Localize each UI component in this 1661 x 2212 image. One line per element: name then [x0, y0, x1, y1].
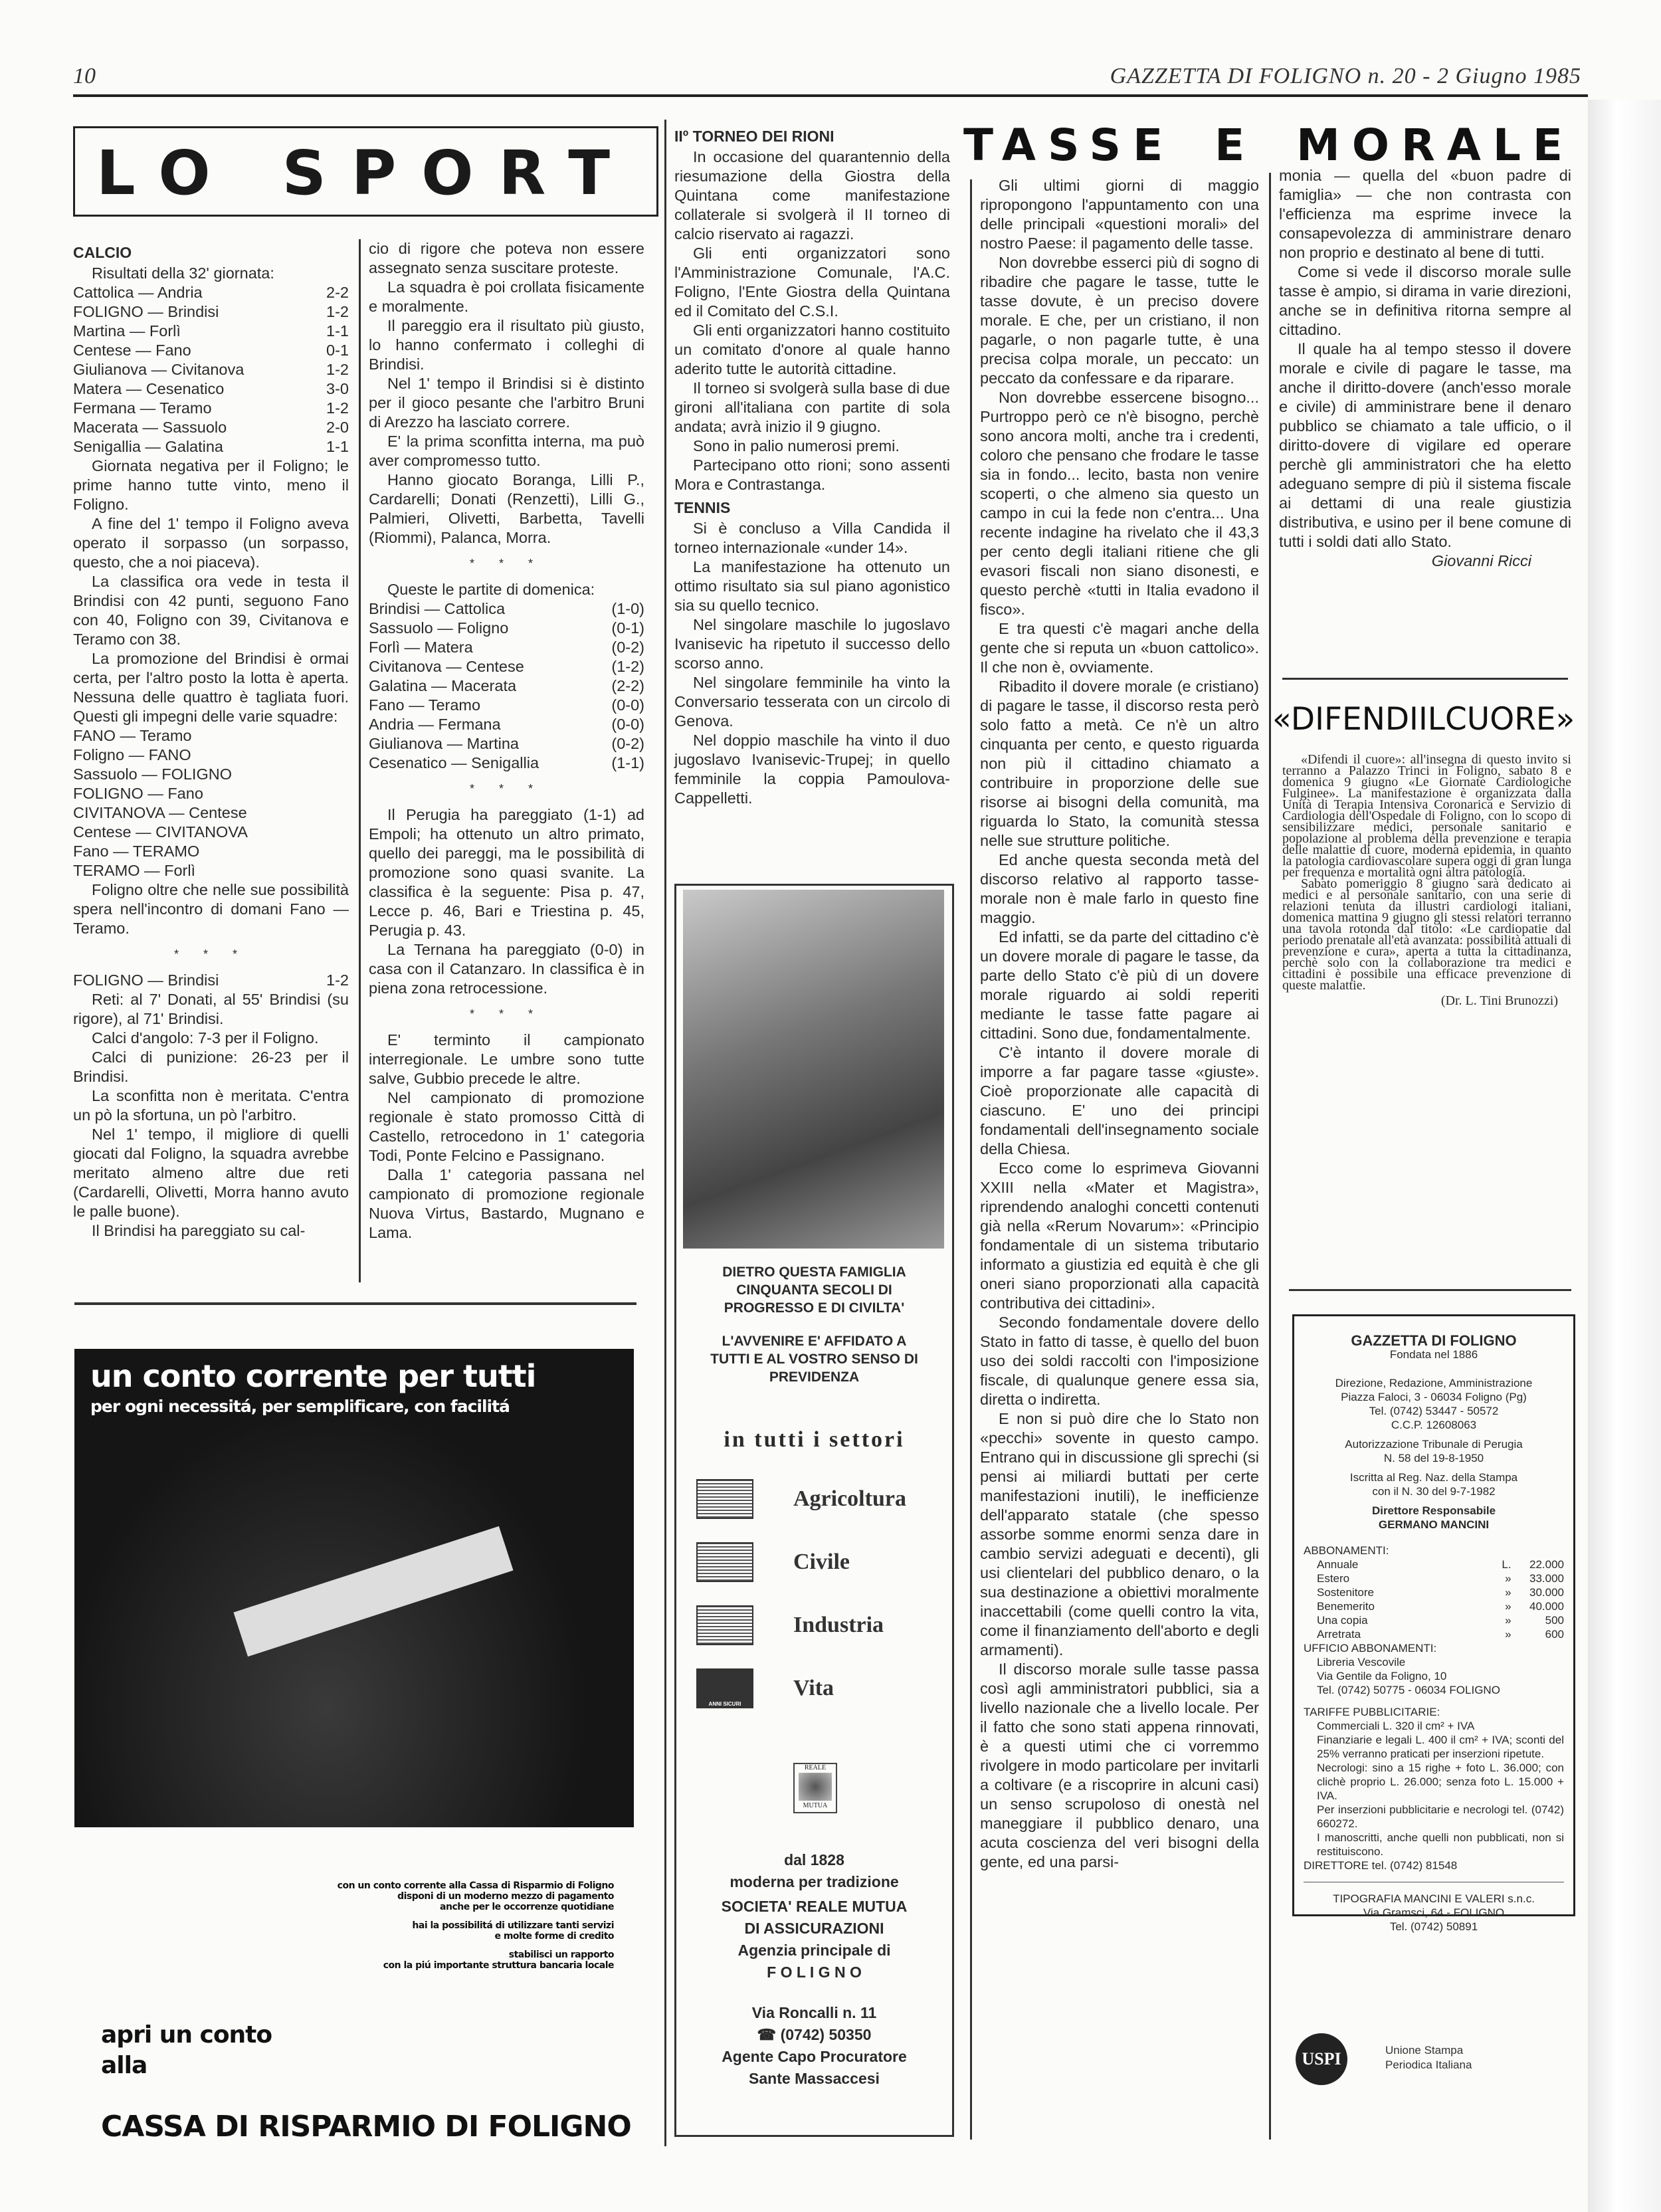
- section-separator: * * *: [369, 779, 644, 799]
- sector-industria: Industria: [696, 1593, 952, 1657]
- cuore-article: «Difendi il cuore»: all'insegna di quest…: [1282, 754, 1571, 1007]
- article-paragraph: La manifestazione ha ottenuto un ottimo …: [674, 557, 950, 615]
- ad-headline: un conto corrente per tutti: [90, 1358, 536, 1394]
- article-paragraph: Foligno oltre che nelle sue possibilità …: [73, 880, 349, 938]
- calcio-intro: Risultati della 32' giornata:: [73, 264, 349, 283]
- article-paragraph: Reti: al 7' Donati, al 55' Brindisi (su …: [73, 990, 349, 1029]
- result-row: Giulianova — Civitanova1-2: [73, 360, 349, 379]
- match-report-title: FOLIGNO — Brindisi1-2: [73, 971, 349, 990]
- sunday-matches: Brindisi — Cattolica(1-0) Sassuolo — Fol…: [369, 599, 644, 773]
- fixture-row: Foligno — FANO: [73, 746, 349, 765]
- article-paragraph: Gli enti organizzatori sono l'Amministra…: [674, 244, 950, 321]
- cheque-illustration: [233, 1526, 513, 1657]
- subscription-row: Estero» 33.000: [1304, 1571, 1564, 1585]
- fixture-row: FOLIGNO — Fano: [73, 784, 349, 803]
- publication-line: GAZZETTA DI FOLIGNO n. 20 - 2 Giugno 198…: [1110, 64, 1581, 89]
- cassa-risparmio-advertisement: un conto corrente per tutti per ogni nec…: [74, 1349, 634, 2143]
- article-paragraph: La Ternana ha pareggiato (0-0) in casa c…: [369, 940, 644, 998]
- article-paragraph: Il torneo si svolgerà sulla base di due …: [674, 379, 950, 437]
- subscription-row: Arretrata» 600: [1304, 1627, 1564, 1641]
- result-row: Senigallia — Galatina1-1: [73, 437, 349, 456]
- uspi-caption: Unione StampaPeriodica Italiana: [1385, 2043, 1472, 2072]
- telephone-icon: ☎: [757, 2026, 781, 2043]
- article-paragraph: Calci di punizione: 26-23 per il Brindis…: [73, 1048, 349, 1086]
- sectors-list: Agricoltura Civile Industria ANNI SICURI…: [676, 1467, 952, 1720]
- article-paragraph: cio di rigore che poteva non essere asse…: [369, 239, 644, 278]
- article-paragraph: Nel singolare maschile lo jugoslavo Ivan…: [674, 615, 950, 673]
- section-separator: * * *: [73, 945, 349, 964]
- section-rule: [74, 1302, 636, 1305]
- article-paragraph: Calci d'angolo: 7-3 per il Foligno.: [73, 1029, 349, 1048]
- subscriptions-heading: ABBONAMENTI:: [1304, 1544, 1564, 1558]
- article-paragraph: Secondo fondamentale dovere dello Stato …: [980, 1313, 1259, 1409]
- article-paragraph: Nel campionato di promozione regionale è…: [369, 1088, 644, 1165]
- match-row: Giulianova — Martina(0-2): [369, 734, 644, 754]
- office-address: Libreria VescovileVia Gentile da Foligno…: [1304, 1655, 1564, 1697]
- article-paragraph: C'è intanto il dovere morale di imporre …: [980, 1043, 1259, 1159]
- article-paragraph: Sono in palio numerosi premi.: [674, 437, 950, 456]
- column-divider: [1269, 173, 1271, 2140]
- article-paragraph: Ed anche questa seconda metà del discors…: [980, 851, 1259, 928]
- article-paragraph: «Difendi il cuore»: all'insegna di quest…: [1282, 754, 1571, 878]
- article-paragraph: La squadra è poi crollata fisicamente e …: [369, 278, 644, 316]
- article-paragraph: E tra questi c'è magari anche della gent…: [980, 619, 1259, 677]
- anni-sicuri-icon: ANNI SICURI: [696, 1668, 753, 1708]
- article-paragraph: Il discorso morale sulle tasse passa cos…: [980, 1660, 1259, 1872]
- result-row: Macerata — Sassuolo2-0: [73, 418, 349, 437]
- subscriptions-table: AnnualeL. 22.000 Estero» 33.000 Sostenit…: [1304, 1558, 1564, 1641]
- coat-of-arms-icon: [799, 1773, 832, 1801]
- article-paragraph: Il pareggio era il risultato più giusto,…: [369, 316, 644, 374]
- divider: [1304, 1882, 1564, 1882]
- fixture-row: FANO — Teramo: [73, 726, 349, 746]
- director-name: GERMANO MANCINI: [1304, 1518, 1564, 1532]
- running-header: 10 GAZZETTA DI FOLIGNO n. 20 - 2 Giugno …: [73, 64, 1581, 97]
- article-paragraph: Il quale ha al tempo stesso il dovere mo…: [1279, 340, 1571, 552]
- match-row: Fano — Teramo(0-0): [369, 696, 644, 715]
- article-paragraph: La classifica ora vede in testa il Brind…: [73, 572, 349, 649]
- newspaper-page: 10 GAZZETTA DI FOLIGNO n. 20 - 2 Giugno …: [0, 0, 1661, 2212]
- article-paragraph: Nel 1' tempo il Brindisi si è distinto p…: [369, 374, 644, 432]
- subscription-row: Sostenitore» 30.000: [1304, 1585, 1564, 1599]
- article-paragraph: Nel doppio maschile ha vinto il duo jugo…: [674, 731, 950, 808]
- result-row: FOLIGNO — Brindisi1-2: [73, 302, 349, 322]
- article-paragraph: La promozione del Brindisi è ormai certa…: [73, 649, 349, 726]
- ad-call-to-action: apri un contoalla: [101, 2020, 272, 2081]
- masthead-line: con il N. 30 del 9-7-1982: [1304, 1484, 1564, 1498]
- article-paragraph: Hanno giocato Boranga, Lilli P., Cardare…: [369, 470, 644, 548]
- article-paragraph: monia — quella del «buon padre di famigl…: [1279, 166, 1571, 262]
- sport-column-1: CALCIO Risultati della 32' giornata: Cat…: [73, 239, 349, 1241]
- phone-line: ☎ (0742) 50350: [676, 2024, 952, 2046]
- article-paragraph: Il Perugia ha pareggiato (1-1) ad Empoli…: [369, 805, 644, 940]
- ad-company-block: dal 1828 moderna per tradizione SOCIETA'…: [676, 1849, 952, 2090]
- sport-banner: LO SPORT: [73, 126, 658, 217]
- tree-icon: [696, 1479, 753, 1519]
- masthead-line: Autorizzazione Tribunale di Perugia: [1304, 1437, 1564, 1451]
- result-row: Martina — Forlì1-1: [73, 322, 349, 341]
- subscription-row: Benemerito» 40.000: [1304, 1599, 1564, 1613]
- page-binding-shadow: [1588, 100, 1661, 2212]
- masthead-box: GAZZETTA DI FOLIGNO Fondata nel 1886 Dir…: [1292, 1314, 1575, 1916]
- article-paragraph: Il Brindisi ha pareggiato su cal-: [73, 1221, 349, 1241]
- article-paragraph: Dalla 1' categoria passana nel campionat…: [369, 1165, 644, 1243]
- sector-civile: Civile: [696, 1530, 952, 1593]
- section-separator: * * *: [369, 1005, 644, 1024]
- article-paragraph: Nel 1' tempo, il migliore di quelli gioc…: [73, 1125, 349, 1221]
- reale-mutua-advertisement: DIETRO QUESTA FAMIGLIA CINQUANTA SECOLI …: [674, 884, 954, 2137]
- column-divider: [970, 179, 972, 2140]
- article-paragraph: Ecco come lo esprimeva Giovanni XXIII ne…: [980, 1159, 1259, 1313]
- article-paragraph: Non dovrebbe essercene bisogno... Purtro…: [980, 388, 1259, 619]
- masthead-line: C.C.P. 12608063: [1304, 1418, 1564, 1432]
- gear-icon: [696, 1605, 753, 1645]
- article-paragraph: Ed infatti, se da parte del cittadino c'…: [980, 928, 1259, 1043]
- section-separator: * * *: [369, 554, 644, 573]
- article-paragraph: In occasione del quarantennio della ries…: [674, 148, 950, 244]
- subscription-row: Una copia» 500: [1304, 1613, 1564, 1627]
- masthead-name: GAZZETTA DI FOLIGNO: [1304, 1334, 1564, 1348]
- article-paragraph: Giornata negativa per il Foligno; le pri…: [73, 456, 349, 514]
- rates-heading: TARIFFE PUBBLICITARIE:: [1304, 1705, 1564, 1719]
- article-paragraph: Queste le partite di domenica:: [369, 580, 644, 599]
- sectors-title: in tutti i settori: [676, 1427, 952, 1453]
- article-paragraph: Come si vede il discorso morale sulle ta…: [1279, 262, 1571, 340]
- match-row: Sassuolo — Foligno(0-1): [369, 619, 644, 638]
- printer-line: Via Gramsci, 64 - FOLIGNO: [1304, 1906, 1564, 1920]
- match-row: Galatina — Macerata(2-2): [369, 676, 644, 696]
- fixture-row: TERAMO — Forlì: [73, 861, 349, 880]
- match-row: Andria — Fermana(0-0): [369, 715, 644, 734]
- article-author: (Dr. L. Tini Brunozzi): [1282, 995, 1571, 1007]
- result-row: Centese — Fano0-1: [73, 341, 349, 360]
- match-row: Cesenatico — Senigallia(1-1): [369, 754, 644, 773]
- article-paragraph: Nel singolare femminile ha vinto la Conv…: [674, 673, 950, 731]
- fixtures-list: FANO — Teramo Foligno — FANO Sassuolo — …: [73, 726, 349, 880]
- cuore-title: «DIFENDIILCUORE»: [1272, 701, 1571, 738]
- article-paragraph: A fine del 1' tempo il Foligno aveva ope…: [73, 514, 349, 572]
- rioni-heading: IIº TORNEO DEI RIONI: [674, 127, 950, 146]
- article-paragraph: E non si può dire che lo Stato non «pecc…: [980, 1409, 1259, 1660]
- result-row: Fermana — Teramo1-2: [73, 399, 349, 418]
- printer-line: Tel. (0742) 50891: [1304, 1920, 1564, 1934]
- article-paragraph: Sabato pomeriggio 8 giugno sarà dedicato…: [1282, 878, 1571, 991]
- article-paragraph: La sconfitta non è meritata. C'entra un …: [73, 1086, 349, 1125]
- article-paragraph: Partecipano otto rioni; sono assenti Mor…: [674, 456, 950, 494]
- tasse-column-2: monia — quella del «buon padre di famigl…: [1279, 166, 1571, 571]
- column-divider: [664, 120, 666, 2146]
- printer-line: TIPOGRAFIA MANCINI E VALERI s.n.c.: [1304, 1892, 1564, 1906]
- masthead-line: Direzione, Redazione, Amministrazione: [1304, 1376, 1564, 1390]
- rioni-tennis-column: IIº TORNEO DEI RIONI In occasione del qu…: [674, 123, 950, 808]
- family-house-icon: [696, 1542, 753, 1582]
- ad-body-text: con un conto corrente alla Cassa di Risp…: [338, 1880, 614, 1979]
- section-rule: [1289, 1289, 1571, 1291]
- reale-mutua-logo: REALE MUTUA: [793, 1763, 837, 1813]
- sport-banner-title: LO SPORT: [75, 138, 656, 209]
- subscription-row: AnnualeL. 22.000: [1304, 1558, 1564, 1571]
- editorial-title: TASSEEMORALE: [963, 120, 1575, 171]
- match-row: Forlì — Matera(0-2): [369, 638, 644, 657]
- masthead-line: Piazza Faloci, 3 - 06034 Foligno (Pg): [1304, 1390, 1564, 1404]
- ad-subheadline: per ogni necessitá, per semplificare, co…: [90, 1397, 510, 1416]
- column-divider: [359, 239, 361, 1282]
- ad-slogan-1: DIETRO QUESTA FAMIGLIA CINQUANTA SECOLI …: [690, 1263, 939, 1317]
- results-list: Cattolica — Andria2-2 FOLIGNO — Brindisi…: [73, 283, 349, 456]
- article-paragraph: Gli enti organizzatori hanno costituito …: [674, 321, 950, 379]
- rates-text: Commerciali L. 320 il cm² + IVAFinanziar…: [1304, 1719, 1564, 1859]
- sport-column-2: cio di rigore che poteva non essere asse…: [369, 239, 644, 1243]
- masthead-founded: Fondata nel 1886: [1304, 1348, 1564, 1361]
- article-author: Giovanni Ricci: [1279, 552, 1571, 571]
- calcio-heading: CALCIO: [73, 243, 349, 262]
- tennis-heading: TENNIS: [674, 498, 950, 518]
- director-phone: DIRETTORE tel. (0742) 81548: [1304, 1859, 1564, 1872]
- page-number: 10: [73, 64, 96, 89]
- tasse-column-1: Gli ultimi giorni di maggio ripropongono…: [980, 176, 1259, 1872]
- office-heading: UFFICIO ABBONAMENTI:: [1304, 1641, 1564, 1655]
- section-rule: [1282, 678, 1568, 680]
- article-paragraph: Gli ultimi giorni di maggio ripropongono…: [980, 176, 1259, 253]
- sector-agricoltura: Agricoltura: [696, 1467, 952, 1530]
- result-row: Matera — Cesenatico3-0: [73, 379, 349, 399]
- family-photo: [683, 890, 944, 1249]
- fixture-row: Sassuolo — FOLIGNO: [73, 765, 349, 784]
- masthead-line: N. 58 del 19-8-1950: [1304, 1451, 1564, 1465]
- masthead-line: Iscritta al Reg. Naz. della Stampa: [1304, 1470, 1564, 1484]
- article-paragraph: E' terminto il campionato interregionale…: [369, 1031, 644, 1088]
- result-row: Cattolica — Andria2-2: [73, 283, 349, 302]
- fixture-row: Centese — CIVITANOVA: [73, 823, 349, 842]
- director-title: Direttore Responsabile: [1304, 1504, 1564, 1518]
- uspi-logo: USPI: [1296, 2033, 1347, 2085]
- match-row: Civitanova — Centese(1-2): [369, 657, 644, 676]
- ad-brand-name: CASSA DI RISPARMIO DI FOLIGNO: [101, 2110, 631, 2144]
- ad-photo-hand-pen: un conto corrente per tutti per ogni nec…: [74, 1349, 634, 1827]
- masthead-line: Tel. (0742) 53447 - 50572: [1304, 1404, 1564, 1418]
- article-paragraph: Si è concluso a Villa Candida il torneo …: [674, 519, 950, 557]
- article-paragraph: E' la prima sconfitta interna, ma può av…: [369, 432, 644, 470]
- sector-vita: ANNI SICURIVita: [696, 1657, 952, 1720]
- fixture-row: Fano — TERAMO: [73, 842, 349, 861]
- header-rule: [73, 94, 1588, 97]
- article-paragraph: Non dovrebbe esserci più di sogno di rib…: [980, 253, 1259, 388]
- match-row: Brindisi — Cattolica(1-0): [369, 599, 644, 619]
- ad-slogan-2: L'AVVENIRE E' AFFIDATO A TUTTI E AL VOST…: [703, 1332, 926, 1386]
- fixture-row: CIVITANOVA — Centese: [73, 803, 349, 823]
- article-paragraph: Ribadito il dovere morale (e cristiano) …: [980, 677, 1259, 851]
